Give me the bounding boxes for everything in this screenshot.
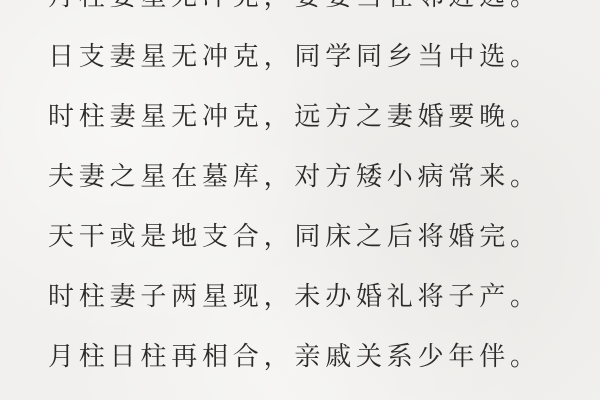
verse-line-6: 时柱妻子两星现，未办婚礼将子产。 xyxy=(48,284,588,310)
verse-line-4: 夫妻之星在墓库，对方矮小病常来。 xyxy=(48,164,588,190)
verse-line-2: 日支妻星无冲克，同学同乡当中选。 xyxy=(48,44,588,70)
verse-page: 月柱妻星无冲克，娶妻当在邻近选。 日支妻星无冲克，同学同乡当中选。 时柱妻星无冲… xyxy=(0,0,600,400)
verse-line-1: 月柱妻星无冲克，娶妻当在邻近选。 xyxy=(48,0,588,10)
verse-line-7: 月柱日柱再相合，亲戚关系少年伴。 xyxy=(48,344,588,370)
verse-line-5: 天干或是地支合，同床之后将婚完。 xyxy=(48,224,588,250)
verse-line-3: 时柱妻星无冲克，远方之妻婚要晚。 xyxy=(48,104,588,130)
